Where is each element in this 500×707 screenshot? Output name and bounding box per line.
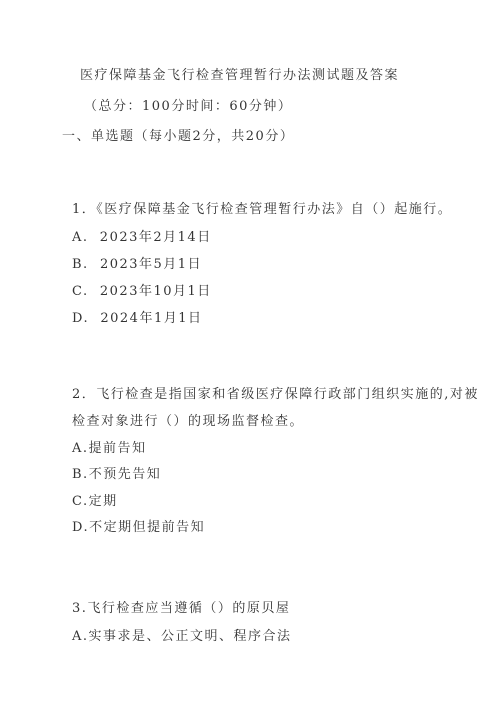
question-1-option-c: C. 2023年10月1日 xyxy=(72,280,212,299)
document-meta: （总分：100分时间：60分钟） xyxy=(84,95,292,114)
question-2-option-c: C.定期 xyxy=(72,490,118,509)
section-heading: 一、单选题（每小题2分，共20分） xyxy=(62,125,294,144)
question-2-stem-line-2: 检查对象进行（）的现场监督检查。 xyxy=(72,410,304,429)
document-title: 医疗保障基金飞行检查管理暂行办法测试题及答案 xyxy=(80,64,399,83)
question-2-option-b: B.不预先告知 xyxy=(72,463,161,482)
question-3-option-a: A.实事求是、公正文明、程序合法 xyxy=(72,625,292,644)
question-1-stem: 1．《医疗保障基金飞行检查管理暂行办法》自（）起施行。 xyxy=(72,198,452,217)
question-1-option-a: A. 2023年2月14日 xyxy=(72,226,212,245)
question-2-option-a: A.提前告知 xyxy=(72,437,147,456)
question-1-option-b: B. 2023年5月1日 xyxy=(72,253,202,272)
question-3-stem: 3.飞行检查应当遵循（）的原贝屋 xyxy=(72,597,290,616)
question-2-option-d: D.不定期但提前告知 xyxy=(72,516,205,535)
question-1-option-d: D. 2024年1月1日 xyxy=(72,307,203,326)
question-2-stem-line-1: 2．飞行检查是指国家和省级医疗保障行政部门组织实施的,对被 xyxy=(72,383,479,402)
